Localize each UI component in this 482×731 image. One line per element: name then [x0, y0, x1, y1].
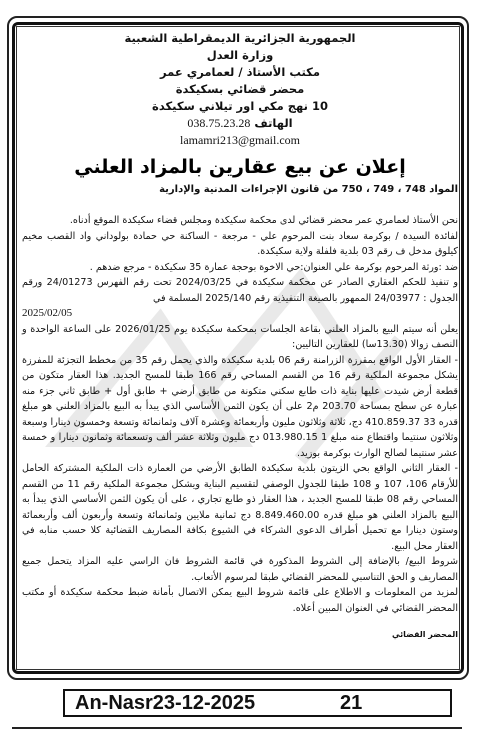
paragraph-property-one: - العقار الأول الواقع بمقرزة الزرامنة رق…: [22, 353, 458, 462]
judgment-delivery-date: 2025/02/05: [22, 306, 458, 322]
paragraph-contact-info: لمزيد من المعلومات و الاطلاع على قائمة ش…: [22, 585, 458, 616]
phone-line: الهاتف 038.75.23.28: [22, 115, 458, 132]
paragraph-judgment: و تنفيذ للحكم العقاري الصادر عن محكمة سك…: [22, 275, 458, 306]
office-address: 10 نهج مكي اور تيلاني سكيكدة: [22, 98, 458, 115]
paragraph-beneficiary: لفائدة السيدة / بوكرمة سعاد بنت المرحوم …: [22, 229, 458, 260]
notice-content: الجمهورية الجزائرية الديمقراطية الشعبية …: [22, 30, 458, 639]
ministry-name: وزارة العدل: [22, 47, 458, 64]
legal-articles: المواد 748 ، 749 ، 750 من قانون الإجراءا…: [22, 183, 458, 197]
signature: المحضر القضائي: [22, 630, 458, 639]
paragraph-sale-conditions: شروط البيع/ بالإضافة إلى الشروط المذكورة…: [22, 554, 458, 585]
bottom-divider: [12, 727, 462, 729]
paragraph-defendants: ضد :ورثة المرحوم بوكرمة علي العنوان:حي ا…: [22, 260, 458, 276]
office-name: مكتب الأستاذ / لعمامري عمر: [22, 64, 458, 81]
phone-number: 038.75.23.28: [187, 116, 250, 130]
phone-label: الهاتف: [254, 116, 292, 130]
paragraph-property-two: - العقار الثاني الواقع بحي الزيتون بلدية…: [22, 461, 458, 554]
paragraph-bailiff-intro: نحن الأستاذ لعمامري عمر محضر قضائي لدى م…: [22, 213, 458, 229]
page-number: 21: [340, 691, 362, 715]
paragraph-auction-date: يعلن أنه سيتم البيع بالمزاد العلني بقاعة…: [22, 322, 458, 353]
notice-title: إعلان عن بيع عقارين بالمزاد العلني: [22, 155, 458, 179]
notice-header: الجمهورية الجزائرية الديمقراطية الشعبية …: [22, 30, 458, 149]
newspaper-footer: An-Nasr23-12-2025 21: [63, 689, 452, 717]
publication-name-date: An-Nasr23-12-2025: [75, 691, 255, 715]
republic-name: الجمهورية الجزائرية الديمقراطية الشعبية: [22, 30, 458, 47]
bailiff-title: محضر قضائي بسكيكدة: [22, 81, 458, 98]
email-address: lamamri213@gmail.com: [22, 132, 458, 149]
notice-body: نحن الأستاذ لعمامري عمر محضر قضائي لدى م…: [22, 213, 458, 616]
